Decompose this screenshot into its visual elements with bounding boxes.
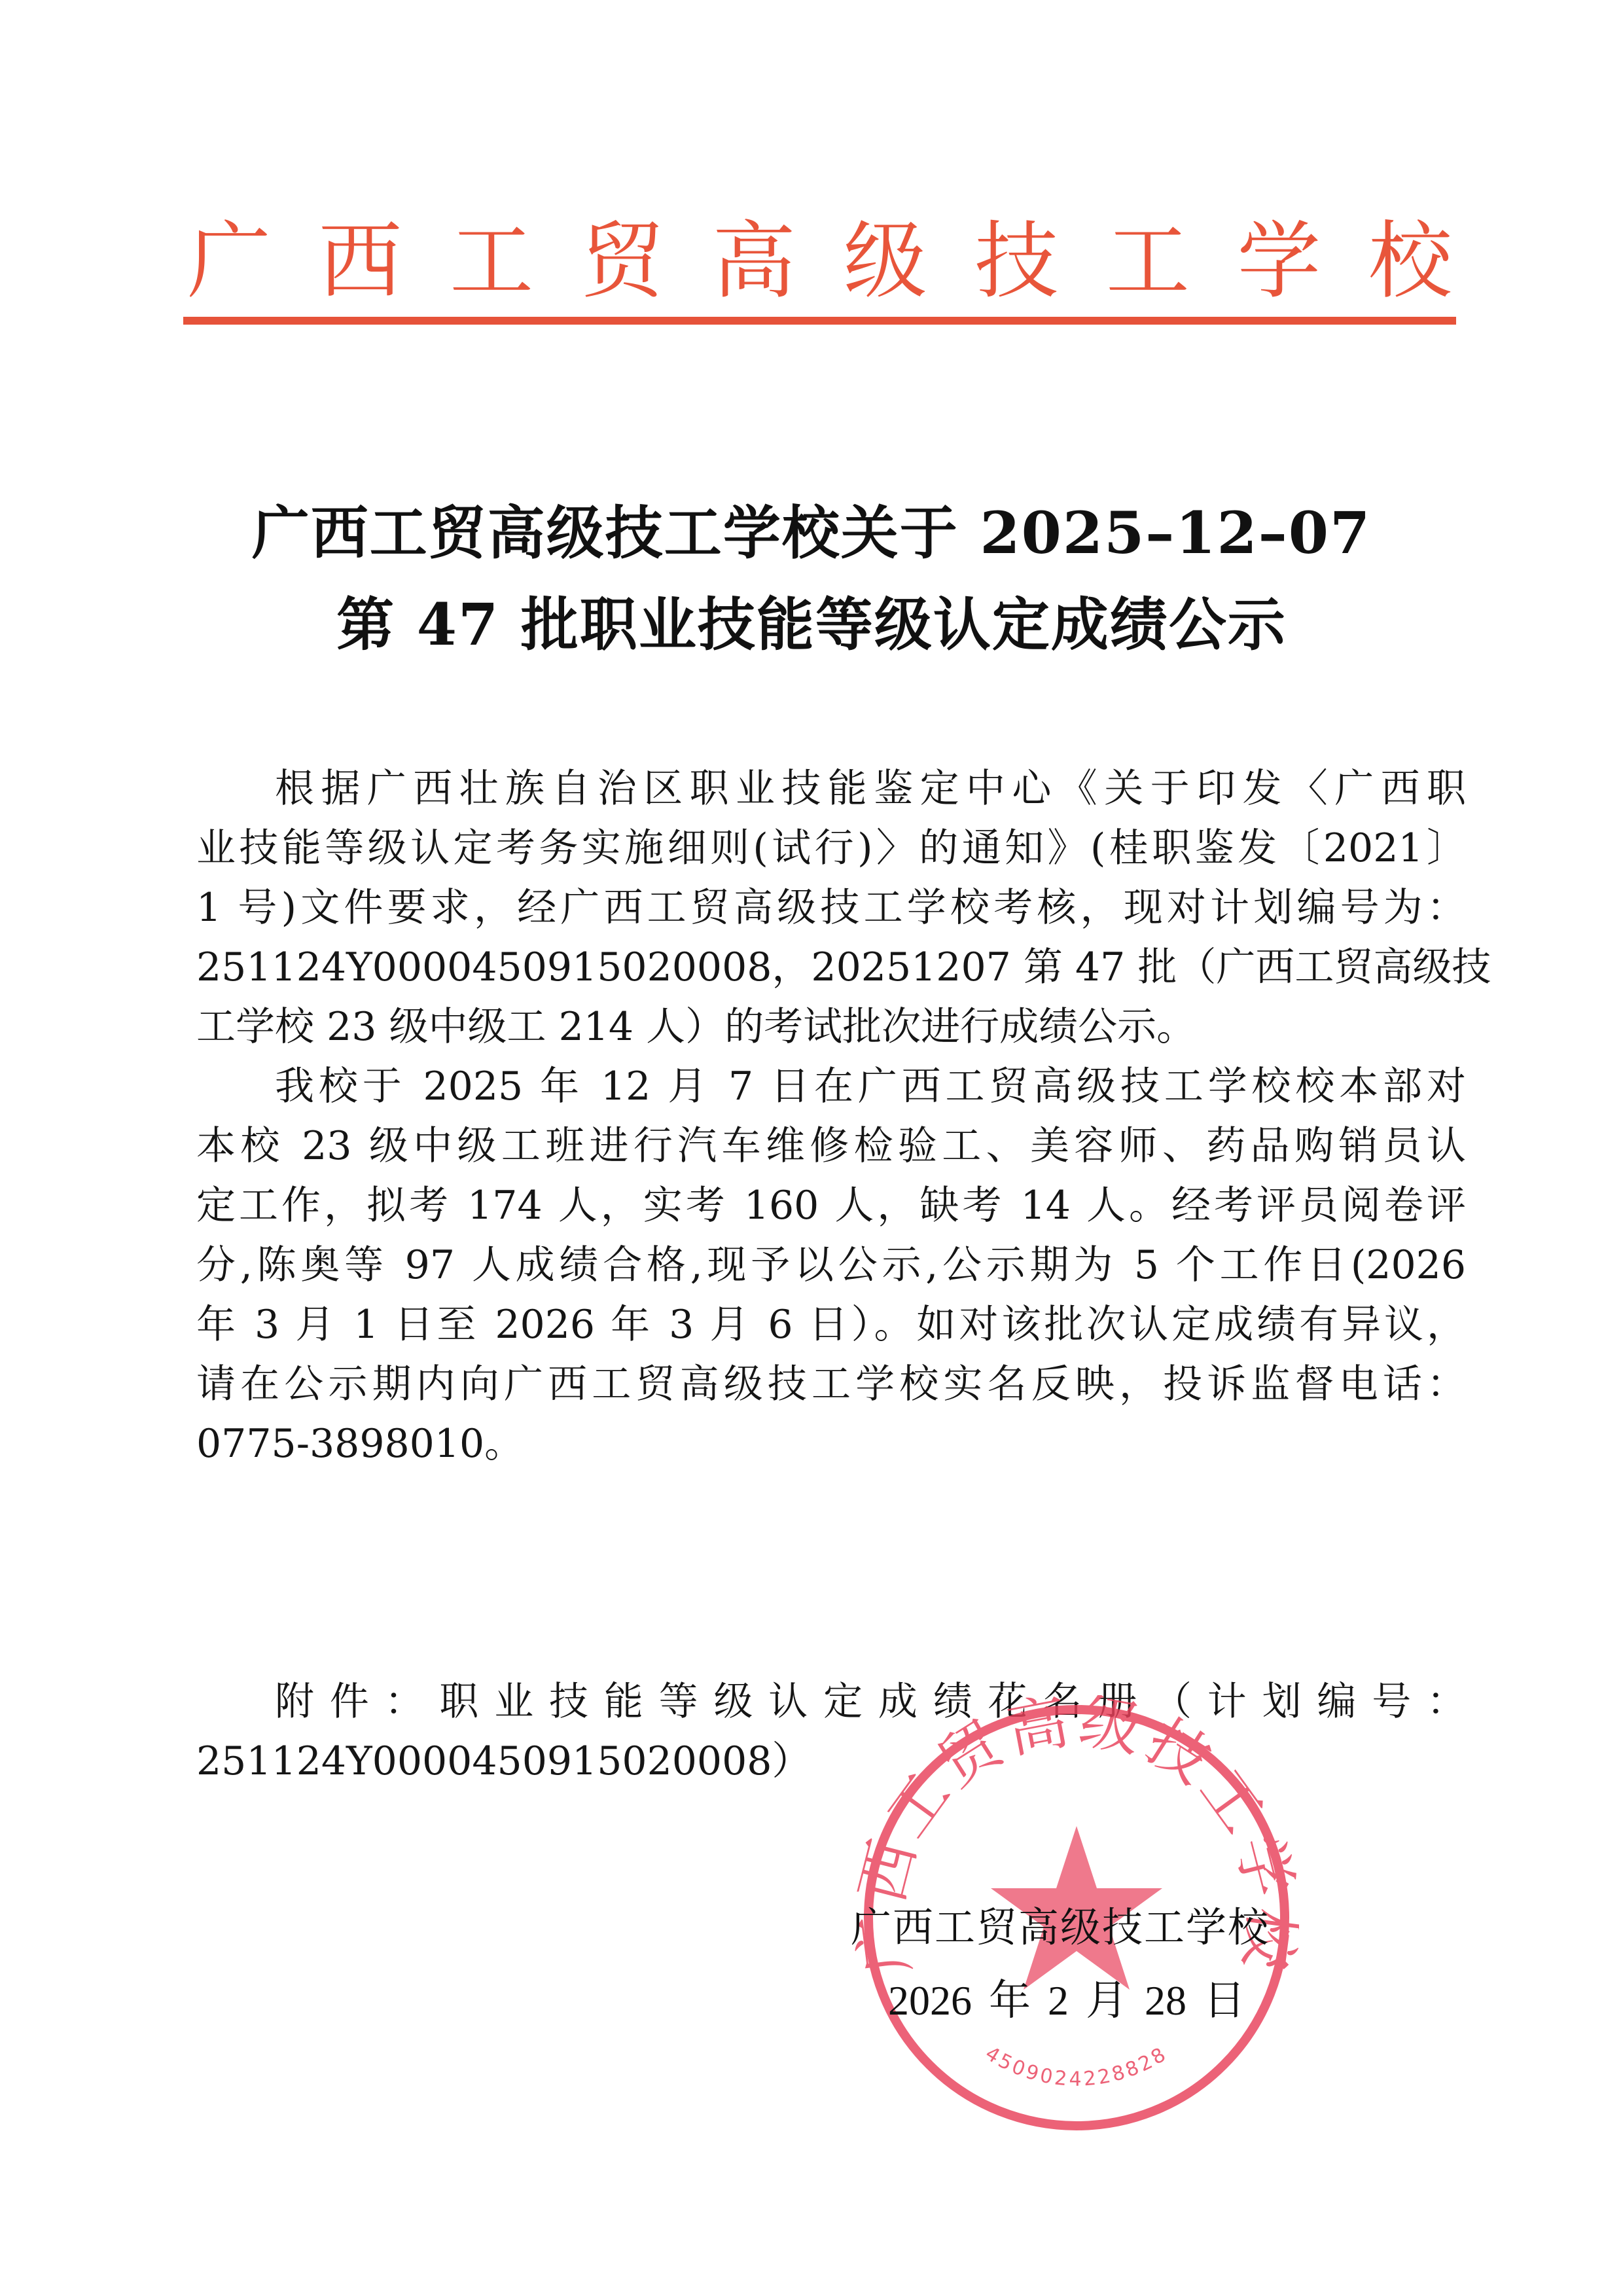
- letterhead-char: 工: [1102, 209, 1194, 314]
- letterhead-char: 西: [315, 209, 406, 314]
- body-line: 本校 23 级中级工班进行汽车维修检验工、美容师、药品购销员认: [196, 1117, 1466, 1176]
- body-line: 工学校 23 级中级工 214 人）的考试批次进行成绩公示。: [196, 997, 1466, 1057]
- body-line: 请在公示期内向广西工贸高级技工学校实名反映，投诉监督电话：: [196, 1355, 1466, 1414]
- letterhead-char: 学: [1233, 209, 1325, 314]
- body-line: 定工作，拟考 174 人，实考 160 人，缺考 14 人。经考评员阅卷评: [196, 1176, 1466, 1236]
- letterhead: 广 西 工 贸 高 级 技 工 学 校: [183, 209, 1456, 314]
- letterhead-char: 高: [708, 209, 800, 314]
- body-line: 我校于 2025 年 12 月 7 日在广西工贸高级技工学校校本部对: [196, 1057, 1466, 1117]
- letterhead-char: 广: [183, 209, 275, 314]
- body-line: 业技能等级认定考务实施细则(试行)〉的通知》(桂职鉴发〔2021〕: [196, 819, 1466, 878]
- letterhead-char: 贸: [577, 209, 669, 314]
- complaint-phone: 0775-3898010。: [196, 1414, 1466, 1474]
- body-line: 年 3 月 1 日至 2026 年 3 月 6 日）。如对该批次认定成绩有异议，: [196, 1295, 1466, 1355]
- document-title-line2: 第 47 批职业技能等级认定成绩公示: [0, 579, 1623, 662]
- letterhead-divider: [183, 317, 1456, 325]
- letterhead-char: 校: [1364, 209, 1456, 314]
- body-line: 分,陈奥等 97 人成绩合格,现予以公示,公示期为 5 个工作日(2026: [196, 1236, 1466, 1295]
- paragraph-details: 我校于 2025 年 12 月 7 日在广西工贸高级技工学校校本部对 本校 23…: [196, 1057, 1466, 1474]
- document-title-line1: 广西工贸高级技工学校关于 2025–12–07: [0, 488, 1623, 570]
- body-line: 1 号)文件要求，经广西工贸高级技工学校考核，现对计划编号为：: [196, 878, 1466, 938]
- letterhead-char: 技: [971, 209, 1062, 314]
- letterhead-char: 级: [840, 209, 931, 314]
- letterhead-char: 工: [446, 209, 537, 314]
- paragraph-basis: 根据广西壮族自治区职业技能鉴定中心《关于印发〈广西职 业技能等级认定考务实施细则…: [196, 759, 1466, 1057]
- document-body: 根据广西壮族自治区职业技能鉴定中心《关于印发〈广西职 业技能等级认定考务实施细则…: [196, 759, 1466, 1474]
- signing-organization: 广西工贸高级技工学校: [825, 1895, 1296, 1953]
- body-line: 251124Y0000450915020008，20251207 第 47 批（…: [196, 938, 1466, 997]
- seal-code: 4509024228828: [981, 2042, 1171, 2091]
- body-line: 根据广西壮族自治区职业技能鉴定中心《关于印发〈广西职: [196, 759, 1466, 819]
- signing-date: 2026 年 2 月 28 日: [864, 1967, 1270, 2027]
- svg-text:4509024228828: 4509024228828: [981, 2042, 1171, 2091]
